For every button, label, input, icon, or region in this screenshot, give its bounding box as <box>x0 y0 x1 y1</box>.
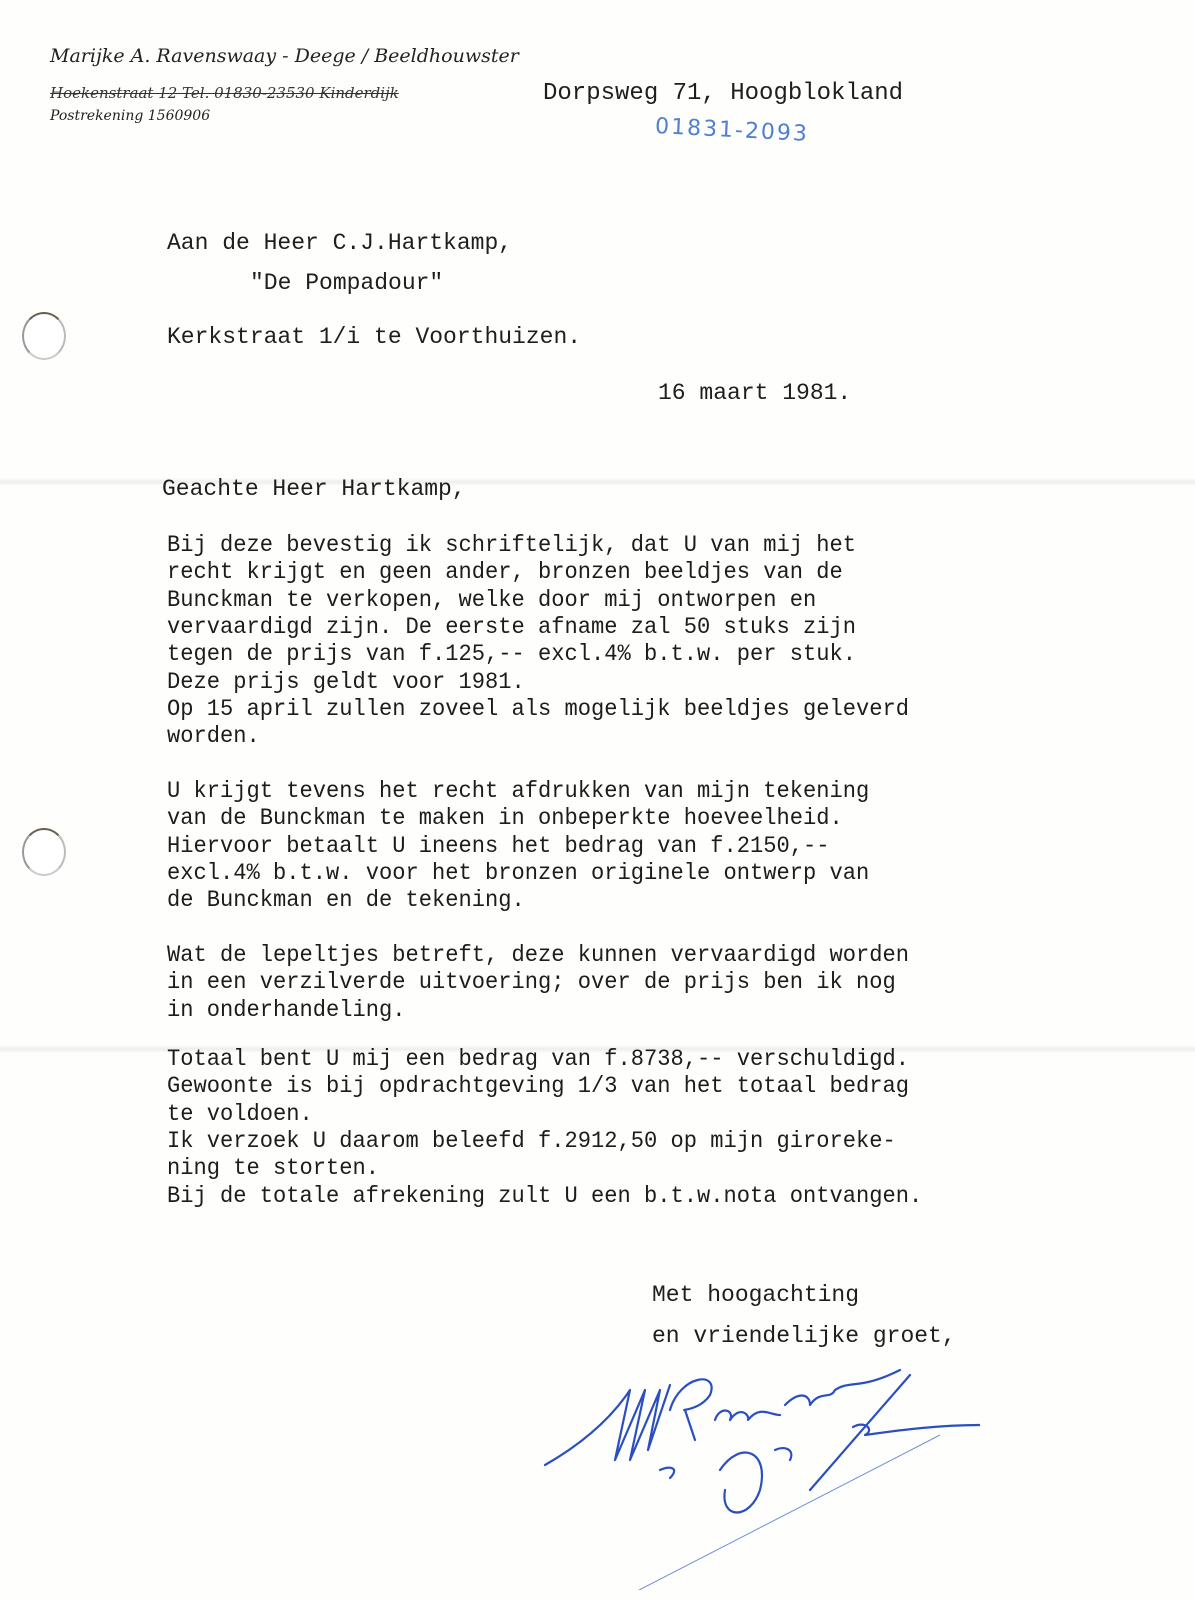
body-line: Deze prijs geldt voor 1981. <box>167 669 525 695</box>
punch-hole <box>22 828 66 876</box>
punch-hole <box>22 312 66 360</box>
recipient-address: Kerkstraat 1/i te Voorthuizen. <box>167 324 581 350</box>
body-line: U krijgt tevens het recht afdrukken van … <box>167 778 869 804</box>
signature <box>520 1350 980 1590</box>
body-line: Wat de lepeltjes betreft, deze kunnen ve… <box>167 942 909 968</box>
body-line: van de Bunckman te maken in onbeperkte h… <box>167 805 843 831</box>
body-line: Hiervoor betaalt U ineens het bedrag van… <box>167 833 830 859</box>
body-line: in onderhandeling. <box>167 997 406 1023</box>
body-line: ning te storten. <box>167 1155 379 1181</box>
body-line: Ik verzoek U daarom beleefd f.2912,50 op… <box>167 1128 896 1154</box>
body-line: Bunckman te verkopen, welke door mij ont… <box>167 587 816 613</box>
body-line: Gewoonte is bij opdrachtgeving 1/3 van h… <box>167 1073 909 1099</box>
body-line: tegen de prijs van f.125,-- excl.4% b.t.… <box>167 641 856 667</box>
letter-date: 16 maart 1981. <box>658 380 851 406</box>
body-line: Bij de totale afrekening zult U een b.t.… <box>167 1183 922 1209</box>
body-line: Op 15 april zullen zoveel als mogelijk b… <box>167 696 909 722</box>
body-line: Bij deze bevestig ik schriftelijk, dat U… <box>167 532 856 558</box>
body-line: worden. <box>167 723 260 749</box>
recipient-name: Aan de Heer C.J.Hartkamp, <box>167 230 512 256</box>
handwritten-phone-number: 01831-2093 <box>654 114 809 147</box>
closing-line-1: Met hoogachting <box>652 1282 859 1308</box>
body-line: vervaardigd zijn. De eerste afname zal 5… <box>167 614 856 640</box>
letterhead-postrekening: Postrekening 1560906 <box>50 108 210 124</box>
body-line: excl.4% b.t.w. voor het bronzen originel… <box>167 860 869 886</box>
body-line: de Bunckman en de tekening. <box>167 887 525 913</box>
letterhead-new-address: Dorpsweg 71, Hoogblokland <box>543 80 903 107</box>
body-line: Totaal bent U mij een bedrag van f.8738,… <box>167 1046 909 1072</box>
body-line: recht krijgt en geen ander, bronzen beel… <box>167 559 843 585</box>
letter-page: Marijke A. Ravenswaay - Deege / Beeldhou… <box>0 0 1195 1600</box>
salutation: Geachte Heer Hartkamp, <box>162 476 466 502</box>
letterhead-old-address: Hoekenstraat 12 Tel. 01830-23530 Kinderd… <box>50 84 399 102</box>
closing-line-2: en vriendelijke groet, <box>652 1323 956 1349</box>
body-line: in een verzilverde uitvoering; over de p… <box>167 969 896 995</box>
letterhead-name: Marijke A. Ravenswaay - Deege / Beeldhou… <box>50 45 519 67</box>
body-line: te voldoen. <box>167 1101 313 1127</box>
recipient-company: "De Pompadour" <box>250 270 443 296</box>
